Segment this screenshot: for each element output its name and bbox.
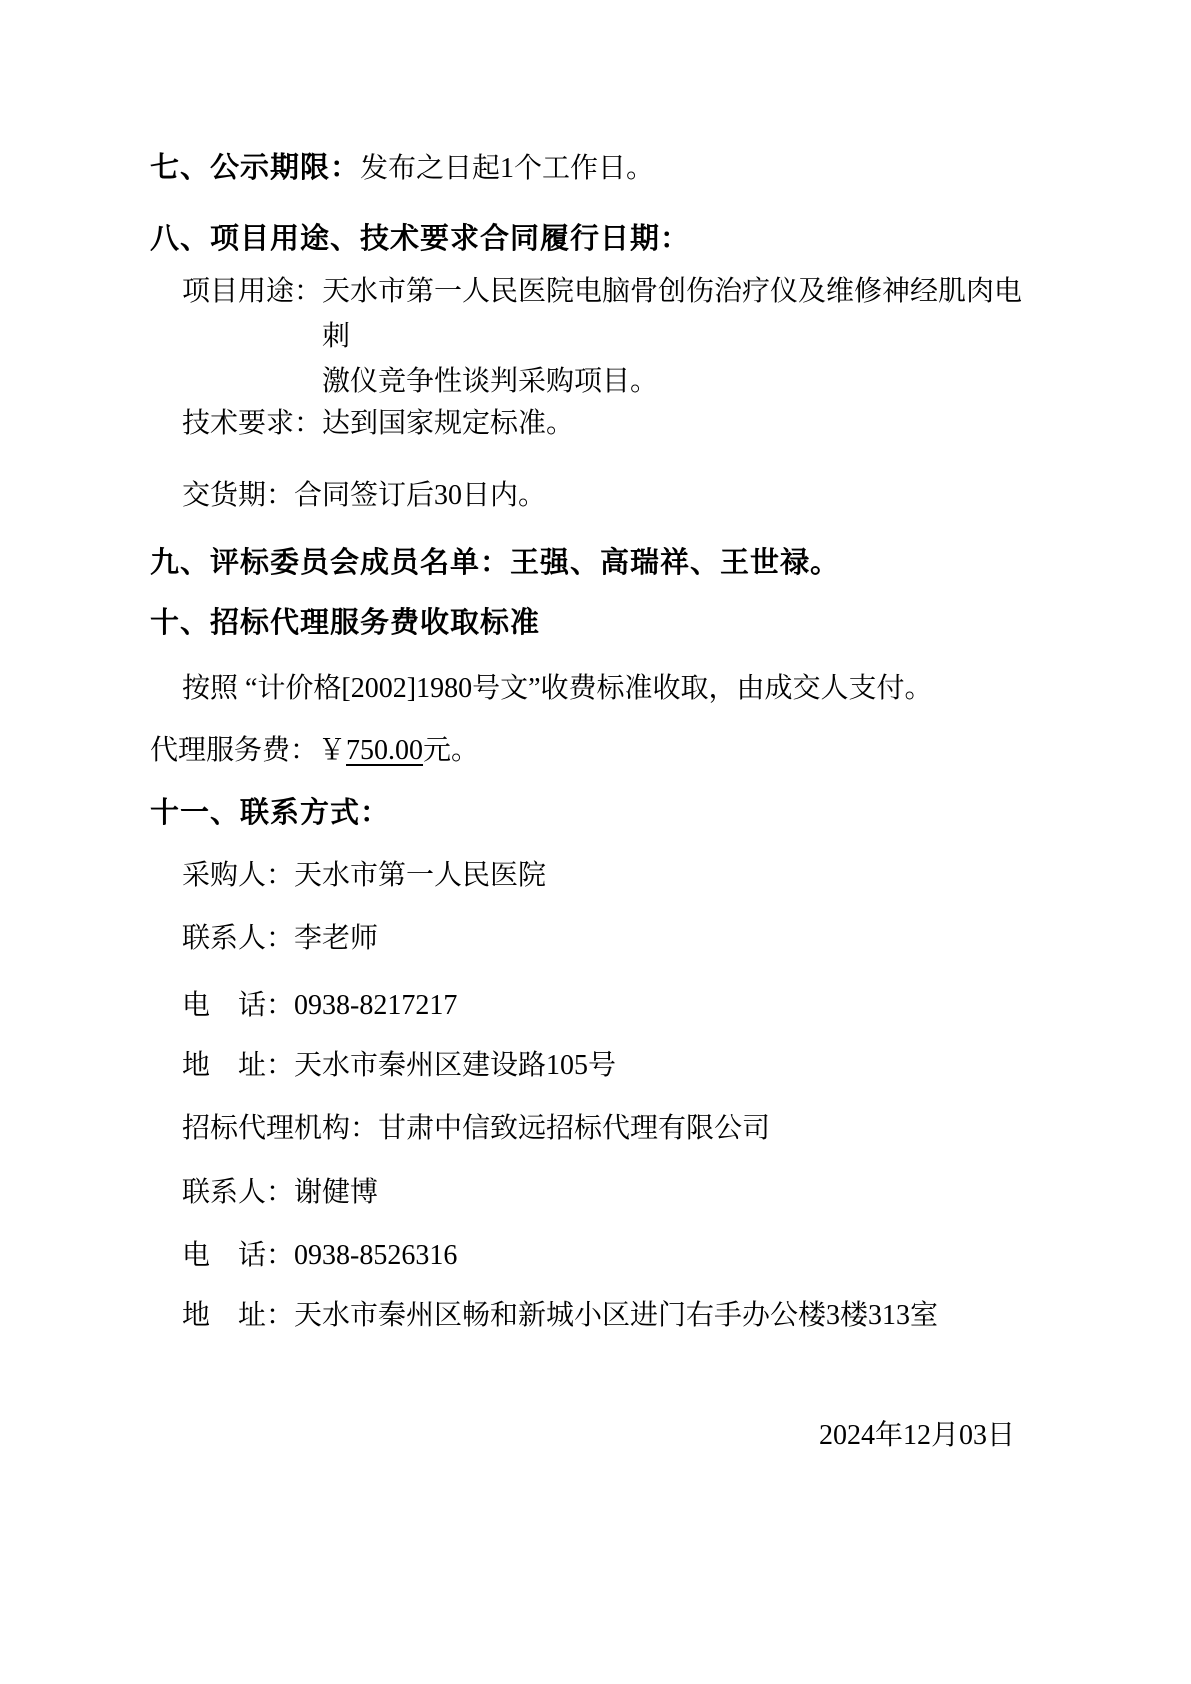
document-page: 七、公示期限：发布之日起1个工作日。 八、项目用途、技术要求合同履行日期： 项目… — [0, 0, 1191, 1684]
agency-fee-line: 代理服务费：￥750.00元。 — [150, 731, 1040, 771]
delivery-period-line: 交货期：合同签订后30日内。 — [182, 476, 1040, 516]
contact-phone-purchaser: 电 话：0938-8217217 — [182, 986, 1040, 1026]
section-8-heading: 八、项目用途、技术要求合同履行日期： — [150, 219, 1040, 259]
contact-purchaser: 采购人：天水市第一人民医院 — [182, 856, 1040, 896]
section-7-heading: 七、公示期限： — [150, 152, 360, 184]
section-7-publicity-period: 七、公示期限：发布之日起1个工作日。 — [150, 148, 1040, 189]
tech-requirement-line: 技术要求：达到国家规定标准。 — [182, 404, 1040, 444]
project-use-paragraph: 项目用途：天水市第一人民医院电脑骨创伤治疗仪及维修神经肌肉电刺 激仪竞争性谈判采… — [182, 269, 1040, 404]
contact-person-agency: 联系人：谢健博 — [182, 1173, 1040, 1213]
section-10-heading: 十、招标代理服务费收取标准 — [150, 603, 1040, 643]
project-use-text: 天水市第一人民医院电脑骨创伤治疗仪及维修神经肌肉电刺 激仪竞争性谈判采购项目。 — [322, 269, 1040, 404]
contact-agency: 招标代理机构：甘肃中信致远招标代理有限公司 — [182, 1109, 1040, 1149]
section-11-heading: 十一、联系方式： — [150, 793, 1040, 833]
contact-address-purchaser: 地 址：天水市秦州区建设路105号 — [182, 1046, 1040, 1086]
agency-fee-prefix: 代理服务费：￥ — [150, 735, 346, 766]
project-use-label: 项目用途： — [182, 269, 322, 404]
fee-basis-line: 按照 “计价格[2002]1980号文”收费标准收取，由成交人支付。 — [182, 669, 1040, 709]
contact-address-agency: 地 址：天水市秦州区畅和新城小区进门右手办公楼3楼313室 — [182, 1296, 1040, 1336]
agency-fee-amount: 750.00 — [346, 735, 423, 766]
contact-person-purchaser: 联系人：李老师 — [182, 919, 1040, 959]
document-date: 2024年12月03日 — [150, 1416, 1040, 1456]
section-9-heading: 九、评标委员会成员名单：王强、高瑞祥、王世禄。 — [150, 543, 1040, 583]
section-7-text: 发布之日起1个工作日。 — [360, 153, 654, 184]
contact-phone-agency: 电 话：0938-8526316 — [182, 1236, 1040, 1276]
agency-fee-suffix: 元。 — [423, 735, 479, 766]
